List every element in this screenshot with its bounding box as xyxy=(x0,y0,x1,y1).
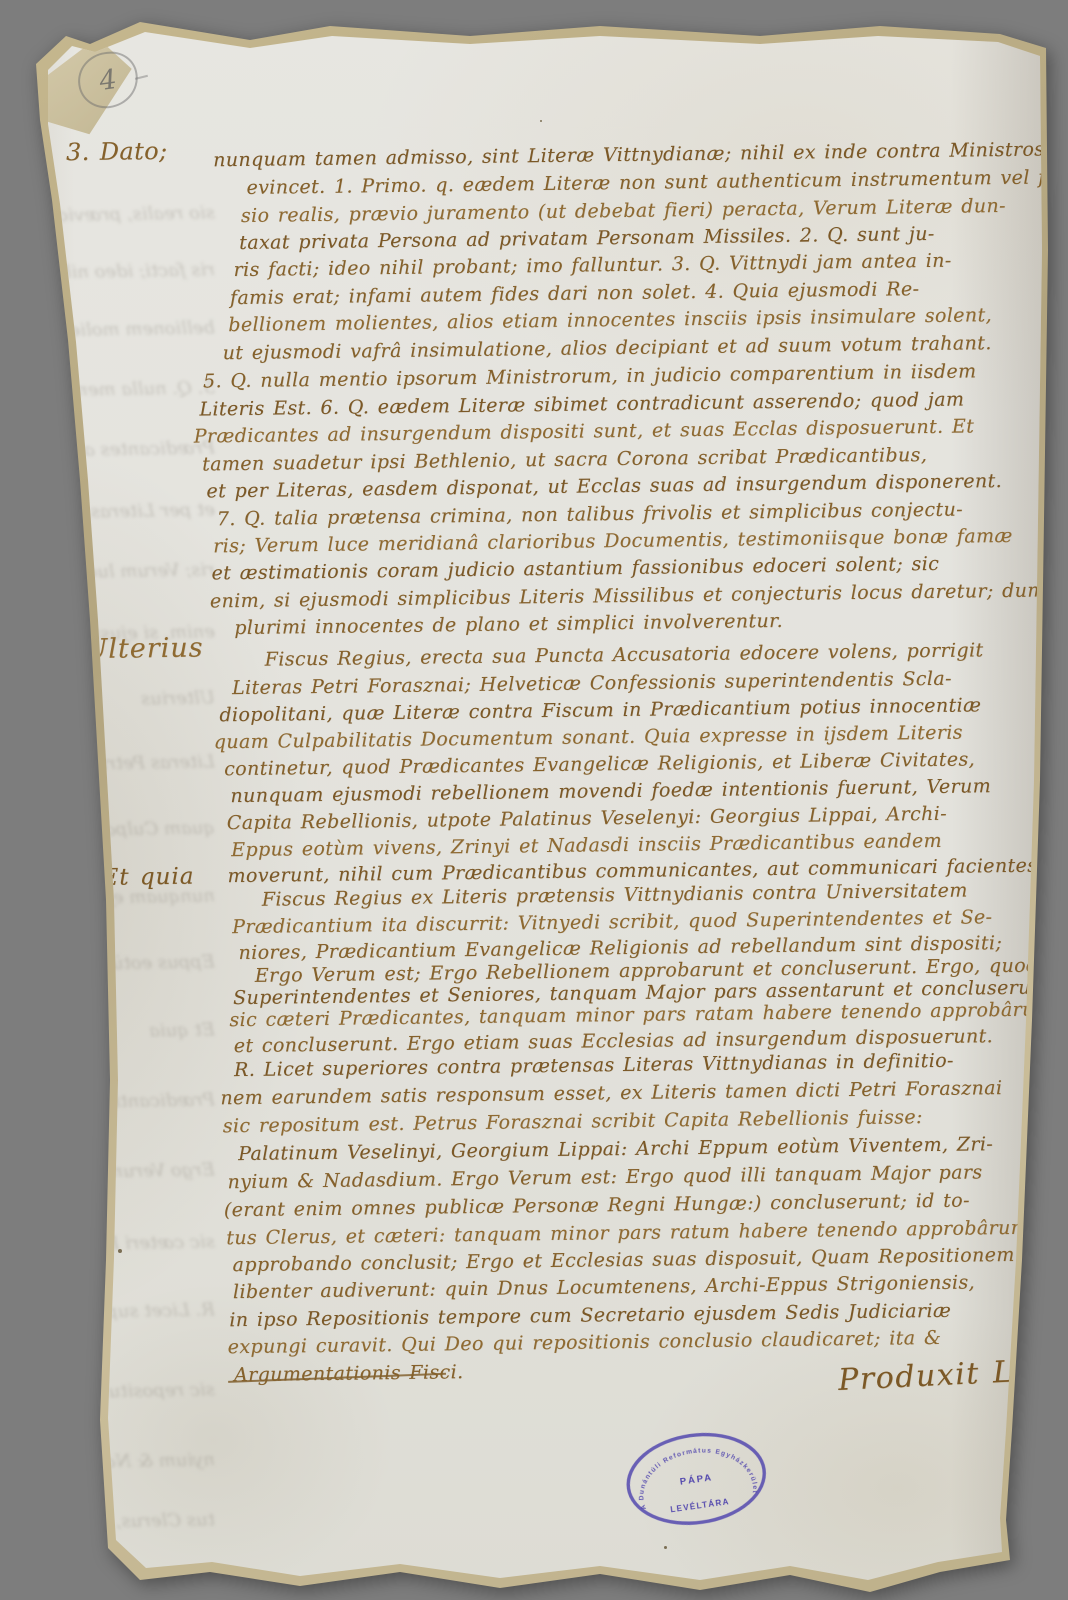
ink-speck xyxy=(664,1546,667,1549)
manuscript-line: Produxit Literas xyxy=(838,1355,1068,1394)
text-layer: 3. Dato;nunquam tamen admisso, sint Lite… xyxy=(0,0,1068,1600)
archive-stamp: A Dunántúli Református Egyházkerület PÁP… xyxy=(603,1409,789,1546)
manuscript-line: Et quia xyxy=(101,864,194,891)
ink-speck xyxy=(540,120,542,122)
stamp-archive-text: LEVÉLTÁRA xyxy=(670,1497,730,1514)
manuscript-line: 3. Dato; xyxy=(66,138,168,165)
ink-speck xyxy=(238,31,242,35)
stamp-city-text: PÁPA xyxy=(679,1472,714,1488)
paper-surface: sio realis, prævio juramento (ut dris fa… xyxy=(0,0,1068,1600)
manuscript-line: Argumentationis Fisci. xyxy=(234,1359,464,1388)
ink-speck xyxy=(118,1249,122,1253)
document-photo: sio realis, prævio juramento (ut dris fa… xyxy=(0,0,1068,1600)
manuscript-line: Ulterius xyxy=(84,635,203,663)
manuscript-page: sio realis, prævio juramento (ut dris fa… xyxy=(0,0,1068,1600)
